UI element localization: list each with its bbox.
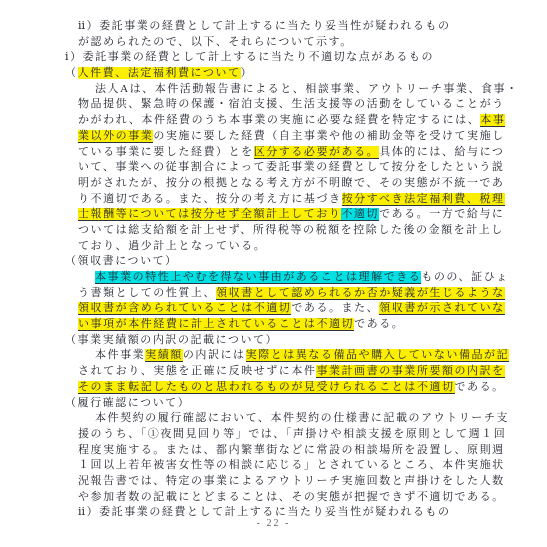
text-line: 程度実施する。または、都内繁華街などに常設の相談場所を設置し、原則週 (0, 443, 547, 459)
text-line: されており、実態を正確に反映せずに本件事業計画書の事業所要額の内訳を (0, 364, 547, 380)
text-line: （事業実績額の内訳の記載について） (0, 333, 547, 349)
highlighted-text-yellow: 士報酬等については按分せず全額計上しており (78, 208, 341, 221)
text-segment: である。一方で給与に (379, 208, 505, 220)
text-line: 法人Aは、本件活動報告書によると、相談事業、アウトリーチ事業、食事・ (0, 82, 547, 98)
text-segment: である。 (455, 381, 505, 393)
text-segment: かがわれ、本件経費のうち本事業の実施に必要な経費を特定するには、 (78, 114, 480, 126)
highlighted-text-yellow: 実績額 (145, 349, 183, 362)
text-segment: 具体的には、給与につ (379, 146, 504, 158)
highlighted-text-yellow: 業以外の事業 (78, 130, 153, 143)
highlighted-text-yellow: 按分すべき法定福利費、税理 (342, 193, 505, 206)
text-line: ている事業に要した経費）とを区分する必要がある。具体的には、給与につ (0, 145, 547, 161)
text-segment: 法人Aは、本件活動報告書によると、相談事業、アウトリーチ事業、食事・ (95, 83, 519, 95)
text-line: 明がされたが、按分の根拠となる考え方が不明瞭で、その実態が不統一であ (0, 176, 547, 192)
text-line: い事項が本件経費に計上されていることは不適切である。 (0, 317, 547, 333)
document-page: ⅱ）委託事業の経費として計上するに当たり妥当性が疑われるものが認められたので、以… (0, 0, 547, 547)
text-segment: が認められたので、以下、それらについて示す。 (78, 36, 353, 48)
text-segment: されており、実態を正確に反映せずに本件 (78, 365, 316, 377)
text-segment: ⅰ）委託事業の経費として計上するに当たり不適切な点があるもの (65, 51, 434, 63)
text-segment: （領収書について） (65, 255, 178, 267)
page-number: - 22 - (0, 518, 547, 529)
text-line: ⅰ）委託事業の経費として計上するに当たり不適切な点があるもの (0, 50, 547, 66)
text-segment: り不適切である。また、按分の考え方に基づき (78, 193, 342, 205)
text-line: １回以上若年被害女性等の相談に応じる」とされているところ、本件実施状 (0, 458, 547, 474)
text-segment: ） (241, 67, 254, 79)
text-segment: ついては総支給額を計上せず、所得税等の税額を控除した後の金額を計上し (78, 224, 504, 236)
text-line: そのまま転記したものと思われるものが見受けられることは不適切である。 (0, 380, 547, 396)
text-segment: ⅱ）委託事業の経費として計上するに当たり妥当性が疑われるもの (78, 20, 451, 32)
text-line: 援のうち、「①夜間見回り等」では、「声掛けや相談支援を原則として週１回 (0, 427, 547, 443)
highlighted-text-yellow: 領収書が含められていることは不適切 (78, 302, 291, 315)
text-line: 本件事業実績額の内訳には実際とは異なる備品や購入していない備品が記 (0, 348, 547, 364)
text-line: 領収書が含められていることは不適切である。また、領収書が示されていな (0, 301, 547, 317)
text-segment: 本件契約の履行確認において、本件契約の仕様書に記載のアウトリーチ支 (95, 412, 509, 424)
text-line: う書類としての性質上、領収書として認められるか否か疑義が生じるような (0, 286, 547, 302)
text-segment: ており、過少計上となっている。 (78, 240, 266, 252)
text-segment: いて、事業への従事割合によって委託事業の経費として按分をしたという説 (78, 161, 504, 173)
text-segment: 程度実施する。または、都内繁華街などに常設の相談場所を設置し、原則週 (78, 444, 505, 456)
text-line: ついては総支給額を計上せず、所得税等の税額を控除した後の金額を計上し (0, 223, 547, 239)
highlighted-text-yellow: 本事 (480, 114, 505, 127)
highlighted-text-yellow: 実際とは異なる備品や購入していない備品が記 (246, 349, 510, 362)
text-segment: 援のうち、「①夜間見回り等」では、「声掛けや相談支援を原則として週１回 (78, 428, 506, 440)
text-line: 物品提供、緊急時の保護・宿泊支援、生活支援等の活動をしていることがう (0, 97, 547, 113)
text-segment: う書類としての性質上、 (78, 287, 216, 299)
text-segment: の内訳には (183, 349, 246, 361)
highlighted-text-yellow: 人件費、法定福利費について (78, 67, 241, 79)
text-line: ⅱ）委託事業の経費として計上するに当たり妥当性が疑われるもの (0, 19, 547, 35)
text-segment: （事業実績額の内訳の記載について） (65, 334, 278, 346)
text-line: が認められたので、以下、それらについて示す。 (0, 35, 547, 51)
text-line: （履行確認について） (0, 396, 547, 412)
highlighted-text-yellow: 領収書が示されていな (379, 302, 505, 315)
text-segment: 物品提供、緊急時の保護・宿泊支援、生活支援等の活動をしていることがう (78, 98, 505, 110)
document-body: ⅱ）委託事業の経費として計上するに当たり妥当性が疑われるものが認められたので、以… (0, 19, 547, 521)
text-line: いて、事業への従事割合によって委託事業の経費として按分をしたという説 (0, 160, 547, 176)
text-segment: である。 (354, 318, 404, 330)
text-line: り不適切である。また、按分の考え方に基づき按分すべき法定福利費、税理 (0, 192, 547, 208)
text-line: 業以外の事業の実施に要した経費（自主事業や他の補助金等を受けて実施し (0, 129, 547, 145)
text-line: 況報告書では、特定の事業によるアウトリーチ実施回数と声掛けをした人数 (0, 474, 547, 490)
text-line: や参加者数の記載にとどまることは、その実態が把握できず不適切である。 (0, 490, 547, 506)
highlighted-text-yellow: い事項が本件経費に計上されていることは不適切 (78, 318, 354, 331)
text-line: ており、過少計上となっている。 (0, 239, 547, 255)
text-segment: ⅱ）委託事業の経費として計上するに当たり妥当性が疑われるもの (78, 506, 451, 518)
text-segment: 本件事業 (95, 349, 145, 361)
text-segment: や参加者数の記載にとどまることは、その実態が把握できず不適切である。 (78, 491, 505, 503)
highlighted-text-cyan: 本事業の特性上やむを得ない事由があることは理解できる (95, 271, 421, 284)
text-segment: １回以上若年被害女性等の相談に応じる」とされているところ、本件実施状 (78, 459, 505, 471)
text-segment: ものの、証ひょ (421, 271, 508, 283)
text-line: （人件費、法定福利費について） (0, 66, 547, 82)
text-segment: である。また、 (291, 302, 379, 314)
text-segment: の実施に要した経費（自主事業や他の補助金等を受けて実施し (153, 130, 504, 142)
text-segment: 況報告書では、特定の事業によるアウトリーチ実施回数と声掛けをした人数 (78, 475, 505, 487)
text-segment: （履行確認について） (65, 397, 190, 409)
highlighted-text-yellow: 区分する必要がある。 (254, 146, 380, 159)
highlighted-text-cyan: 不適切 (341, 208, 379, 221)
text-line: かがわれ、本件経費のうち本事業の実施に必要な経費を特定するには、本事 (0, 113, 547, 129)
highlighted-text-yellow: 領収書として認められるか否か疑義が生じるような (216, 287, 505, 300)
text-segment: 明がされたが、按分の根拠となる考え方が不明瞭で、その実態が不統一であ (78, 177, 504, 189)
highlighted-text-yellow: 事業計画書の事業所要額の内訳を (316, 365, 504, 378)
text-line: 本事業の特性上やむを得ない事由があることは理解できるものの、証ひょ (0, 270, 547, 286)
text-line: 本件契約の履行確認において、本件契約の仕様書に記載のアウトリーチ支 (0, 411, 547, 427)
text-segment: ている事業に要した経費）とを (78, 146, 254, 158)
highlighted-text-yellow: そのまま転記したものと思われるものが見受けられることは不適切 (78, 381, 455, 394)
text-line: 士報酬等については按分せず全額計上しており不適切である。一方で給与に (0, 207, 547, 223)
text-line: （領収書について） (0, 254, 547, 270)
text-segment: （ (65, 67, 78, 79)
